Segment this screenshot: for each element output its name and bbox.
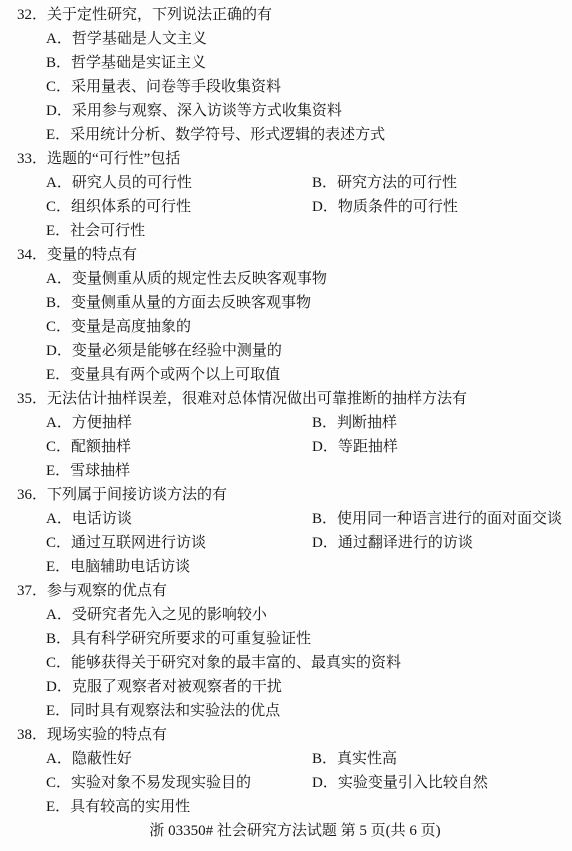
question-stem: 38．现场实验的特点有 [0,723,572,747]
option-text: 采用参与观察、深入访谈等方式收集资料 [72,103,342,119]
option-text: 变量必须是能够在经验中测量的 [72,343,282,359]
option-row: A．方便抽样 B．判断抽样 [0,411,572,435]
option-37-e: E．同时具有观察法和实验法的优点 [0,699,572,723]
option-label: D． [312,531,338,555]
option-text: 哲学基础是人文主义 [72,31,207,47]
question-stem: 37．参与观察的优点有 [0,579,572,603]
option-label: E． [46,363,70,387]
option-label: B． [312,171,337,195]
question-number: 32． [17,3,47,27]
option-32-b: B．哲学基础是实证主义 [0,51,572,75]
question-stem: 32．关于定性研究，下列说法正确的有 [0,3,572,27]
option-37-d: D．克服了观察者对被观察者的干扰 [0,675,572,699]
option-text: 具有科学研究所要求的可重复验证性 [71,631,311,647]
option-label: E． [46,123,70,147]
option-text: 受研究者先入之见的影响较小 [72,607,267,623]
question-36: 36．下列属于间接访谈方法的有 A．电话访谈 B．使用同一种语言进行的面对面交谈… [0,483,572,579]
option-label: D． [312,195,338,219]
option-text: 变量侧重从质的规定性去反映客观事物 [72,271,327,287]
option-38-c: C．实验对象不易发现实验目的 [46,771,312,795]
option-text: 电脑辅助电话访谈 [70,559,190,575]
option-33-e: E．社会可行性 [0,219,572,243]
question-stem: 34．变量的特点有 [0,243,572,267]
option-label: B． [46,51,71,75]
option-37-c: C．能够获得关于研究对象的最丰富的、最真实的资料 [0,651,572,675]
option-text: 社会可行性 [70,223,145,239]
option-34-d: D．变量必须是能够在经验中测量的 [0,339,572,363]
question-stem-text: 现场实验的特点有 [47,727,167,743]
option-label: E． [46,555,70,579]
question-stem: 33．选题的“可行性”包括 [0,147,572,171]
option-label: C． [46,435,71,459]
question-34: 34．变量的特点有 A．变量侧重从质的规定性去反映客观事物 B．变量侧重从量的方… [0,243,572,387]
option-32-c: C．采用量表、问卷等手段收集资料 [0,75,572,99]
option-text: 变量具有两个或两个以上可取值 [70,367,280,383]
question-number: 34． [17,243,47,267]
question-33: 33．选题的“可行性”包括 A．研究人员的可行性 B．研究方法的可行性 C．组织… [0,147,572,243]
page-footer: 浙 03350# 社会研究方法试题 第 5 页(共 6 页) [0,819,572,843]
option-text: 能够获得关于研究对象的最丰富的、最真实的资料 [71,655,401,671]
option-label: B． [46,627,71,651]
option-label: C． [46,771,71,795]
option-text: 具有较高的实用性 [70,799,190,815]
exam-page: 32．关于定性研究，下列说法正确的有 A．哲学基础是人文主义 B．哲学基础是实证… [0,0,572,851]
option-text: 物质条件的可行性 [338,199,458,215]
question-number: 35． [17,387,47,411]
option-38-d: D．实验变量引入比较自然 [312,771,488,795]
option-33-c: C．组织体系的可行性 [46,195,312,219]
question-stem: 35．无法估计抽样误差，很难对总体情况做出可靠推断的抽样方法有 [0,387,572,411]
option-text: 变量侧重从量的方面去反映客观事物 [71,295,311,311]
option-text: 变量是高度抽象的 [71,319,191,335]
question-stem: 36．下列属于间接访谈方法的有 [0,483,572,507]
question-number: 33． [17,147,47,171]
question-number: 37． [17,579,47,603]
option-label: A． [46,507,72,531]
option-label: A． [46,171,72,195]
option-36-b: B．使用同一种语言进行的面对面交谈 [312,507,562,531]
option-34-e: E．变量具有两个或两个以上可取值 [0,363,572,387]
option-row: C．配额抽样 D．等距抽样 [0,435,572,459]
option-text: 通过互联网进行访谈 [71,535,206,551]
option-37-b: B．具有科学研究所要求的可重复验证性 [0,627,572,651]
option-33-a: A．研究人员的可行性 [46,171,312,195]
option-35-b: B．判断抽样 [312,411,397,435]
option-label: D． [312,771,338,795]
option-35-d: D．等距抽样 [312,435,398,459]
option-row: A．隐蔽性好 B．真实性高 [0,747,572,771]
option-36-c: C．通过互联网进行访谈 [46,531,312,555]
option-33-d: D．物质条件的可行性 [312,195,458,219]
question-35: 35．无法估计抽样误差，很难对总体情况做出可靠推断的抽样方法有 A．方便抽样 B… [0,387,572,483]
option-text: 实验变量引入比较自然 [338,775,488,791]
option-text: 方便抽样 [72,415,132,431]
option-34-b: B．变量侧重从量的方面去反映客观事物 [0,291,572,315]
question-32: 32．关于定性研究，下列说法正确的有 A．哲学基础是人文主义 B．哲学基础是实证… [0,3,572,147]
option-text: 等距抽样 [338,439,398,455]
option-label: C． [46,75,71,99]
option-37-a: A．受研究者先入之见的影响较小 [0,603,572,627]
option-label: A． [46,267,72,291]
option-text: 哲学基础是实证主义 [71,55,206,71]
option-label: B． [46,291,71,315]
option-row: C．实验对象不易发现实验目的 D．实验变量引入比较自然 [0,771,572,795]
option-label: B． [312,411,337,435]
option-text: 配额抽样 [71,439,131,455]
option-38-b: B．真实性高 [312,747,397,771]
option-label: A． [46,747,72,771]
option-label: A． [46,27,72,51]
option-label: C． [46,195,71,219]
option-38-e: E．具有较高的实用性 [0,795,572,819]
option-text: 采用统计分析、数学符号、形式逻辑的表述方式 [70,127,385,143]
option-32-a: A．哲学基础是人文主义 [0,27,572,51]
option-row: C．组织体系的可行性 D．物质条件的可行性 [0,195,572,219]
option-text: 真实性高 [337,751,397,767]
option-35-c: C．配额抽样 [46,435,312,459]
option-label: E． [46,219,70,243]
option-34-a: A．变量侧重从质的规定性去反映客观事物 [0,267,572,291]
option-text: 实验对象不易发现实验目的 [71,775,251,791]
option-33-b: B．研究方法的可行性 [312,171,457,195]
option-38-a: A．隐蔽性好 [46,747,312,771]
option-label: B． [312,507,337,531]
option-label: E． [46,795,70,819]
option-text: 通过翻译进行的访谈 [338,535,473,551]
option-text: 研究人员的可行性 [72,175,192,191]
option-label: C． [46,315,71,339]
option-label: B． [312,747,337,771]
option-34-c: C．变量是高度抽象的 [0,315,572,339]
option-text: 隐蔽性好 [72,751,132,767]
option-text: 使用同一种语言进行的面对面交谈 [337,511,562,527]
question-37: 37．参与观察的优点有 A．受研究者先入之见的影响较小 B．具有科学研究所要求的… [0,579,572,723]
option-35-e: E．雪球抽样 [0,459,572,483]
option-text: 研究方法的可行性 [337,175,457,191]
question-38: 38．现场实验的特点有 A．隐蔽性好 B．真实性高 C．实验对象不易发现实验目的… [0,723,572,819]
option-36-e: E．电脑辅助电话访谈 [0,555,572,579]
question-stem-text: 参与观察的优点有 [47,583,167,599]
option-label: C． [46,531,71,555]
option-label: E． [46,459,70,483]
option-text: 采用量表、问卷等手段收集资料 [71,79,281,95]
option-label: D． [46,675,72,699]
option-row: A．研究人员的可行性 B．研究方法的可行性 [0,171,572,195]
option-35-a: A．方便抽样 [46,411,312,435]
option-row: A．电话访谈 B．使用同一种语言进行的面对面交谈 [0,507,572,531]
option-text: 电话访谈 [72,511,132,527]
option-36-d: D．通过翻译进行的访谈 [312,531,473,555]
question-stem-text: 关于定性研究，下列说法正确的有 [47,7,272,23]
option-text: 同时具有观察法和实验法的优点 [70,703,280,719]
option-text: 组织体系的可行性 [71,199,191,215]
question-stem-text: 无法估计抽样误差，很难对总体情况做出可靠推断的抽样方法有 [47,391,467,407]
option-label: A． [46,411,72,435]
option-label: E． [46,699,70,723]
option-label: D． [46,339,72,363]
question-stem-text: 变量的特点有 [47,247,137,263]
question-stem-text: 选题的“可行性”包括 [47,151,180,167]
option-32-d: D．采用参与观察、深入访谈等方式收集资料 [0,99,572,123]
option-label: C． [46,651,71,675]
option-row: C．通过互联网进行访谈 D．通过翻译进行的访谈 [0,531,572,555]
question-number: 38． [17,723,47,747]
option-label: D． [312,435,338,459]
question-stem-text: 下列属于间接访谈方法的有 [47,487,227,503]
option-label: D． [46,99,72,123]
option-text: 雪球抽样 [70,463,130,479]
question-number: 36． [17,483,47,507]
option-32-e: E．采用统计分析、数学符号、形式逻辑的表述方式 [0,123,572,147]
option-text: 判断抽样 [337,415,397,431]
option-36-a: A．电话访谈 [46,507,312,531]
option-text: 克服了观察者对被观察者的干扰 [72,679,282,695]
option-label: A． [46,603,72,627]
